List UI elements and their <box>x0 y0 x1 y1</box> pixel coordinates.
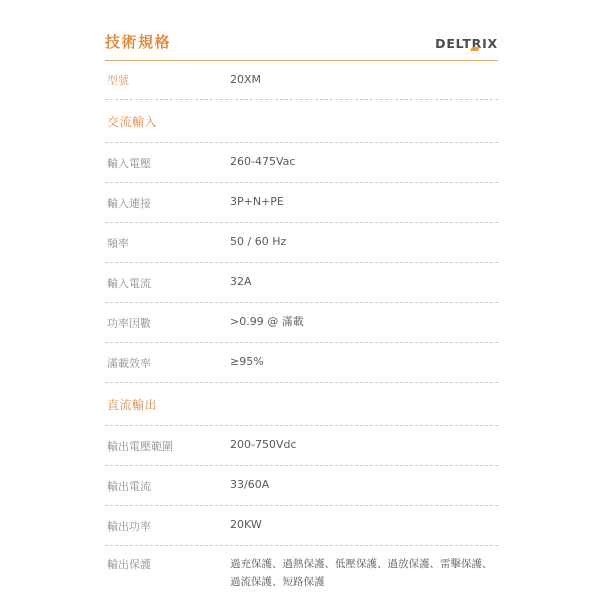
spec-label: 輸出電壓範圍 <box>105 438 230 454</box>
spec-value: 20KW <box>230 516 498 535</box>
spec-label: 輸出保護 <box>105 556 230 572</box>
spec-value: ≥95% <box>230 353 498 372</box>
spec-value: 260-475Vac <box>230 153 498 172</box>
spec-value: 20XM <box>230 71 498 90</box>
spec-label: 功率因數 <box>105 315 230 331</box>
spec-label: 輸出電流 <box>105 478 230 494</box>
spec-value: >0.99 @ 滿載 <box>230 313 498 332</box>
spec-label: 輸入連接 <box>105 195 230 211</box>
spec-row-model: 型號 20XM <box>105 61 498 100</box>
spec-value: 33/60A <box>230 476 498 495</box>
spec-row-protection: 輸出保護 過充保護、過熱保護、低壓保護、過放保護、雷擊保護、過流保護、短路保護 <box>105 546 498 604</box>
page-title: 技術規格 <box>105 31 171 52</box>
spec-label: 型號 <box>105 72 230 88</box>
spec-row: 輸出功率 20KW <box>105 506 498 546</box>
section-title: 交流輸入 <box>105 113 157 130</box>
spec-row: 功率因數 >0.99 @ 滿載 <box>105 303 498 343</box>
section-title: 直流輸出 <box>105 396 157 413</box>
header: 技術規格 DELTRIX <box>105 31 498 61</box>
spec-sheet: 技術規格 DELTRIX 型號 20XM 交流輸入 輸入電壓 260-475Va… <box>105 31 498 604</box>
spec-label: 頻率 <box>105 235 230 251</box>
spec-row: 輸入電壓 260-475Vac <box>105 143 498 183</box>
spec-row: 滿載效率 ≥95% <box>105 343 498 383</box>
spec-label: 輸出功率 <box>105 518 230 534</box>
section-header-row-ac-input: 交流輸入 <box>105 100 498 143</box>
brand-logo: DELTRIX <box>435 38 498 53</box>
spec-label: 滿載效率 <box>105 355 230 371</box>
spec-value: 32A <box>230 273 498 292</box>
section-header-row-dc-output: 直流輸出 <box>105 383 498 426</box>
spec-row: 輸入電流 32A <box>105 263 498 303</box>
spec-value: 過充保護、過熱保護、低壓保護、過放保護、雷擊保護、過流保護、短路保護 <box>230 556 498 592</box>
spec-row: 輸出電壓範圍 200-750Vdc <box>105 426 498 466</box>
spec-row: 頻率 50 / 60 Hz <box>105 223 498 263</box>
spec-value: 50 / 60 Hz <box>230 233 498 252</box>
spec-label: 輸入電壓 <box>105 155 230 171</box>
spec-value: 200-750Vdc <box>230 436 498 455</box>
spec-label: 輸入電流 <box>105 275 230 291</box>
spec-row: 輸出電流 33/60A <box>105 466 498 506</box>
brand-logo-text: DELTRIX <box>435 36 498 51</box>
spec-row: 輸入連接 3P+N+PE <box>105 183 498 223</box>
spec-value: 3P+N+PE <box>230 193 498 212</box>
